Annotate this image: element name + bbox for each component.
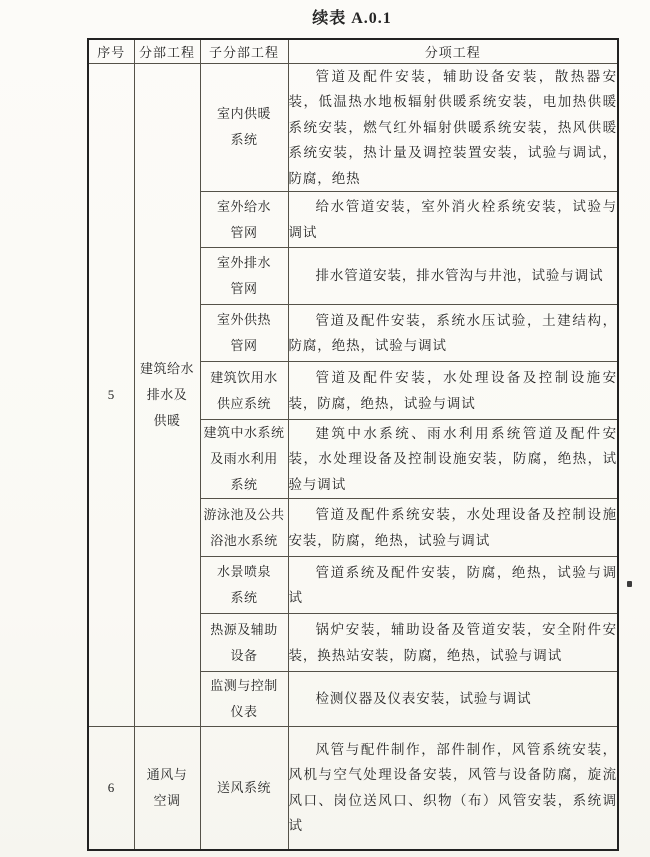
continuation-table: 序号 分部工程 子分部工程 分项工程 5建筑给水 排水及 供暖室内供暖 系统管道…: [87, 38, 619, 851]
header-division: 分部工程: [134, 39, 200, 63]
cell-subdivision: 水景喷泉 系统: [200, 557, 288, 614]
cell-items: 管道及配件系统安装，水处理设备及控制设施安装，防腐，绝热，试验与调试: [288, 499, 618, 557]
table-header: 序号 分部工程 子分部工程 分项工程: [88, 39, 618, 63]
items-text: 管道及配件安装，水处理设备及控制设施安装，防腐，绝热，试验与调试: [289, 365, 618, 416]
cell-subdivision: 建筑饮用水 供应系统: [200, 362, 288, 420]
items-text: 管道及配件安装，系统水压试验，土建结构，防腐，绝热，试验与调试: [289, 308, 618, 359]
items-text: 管道系统及配件安装，防腐，绝热，试验与调试: [289, 560, 618, 611]
items-text: 锅炉安装，辅助设备及管道安装，安全附件安装，换热站安装，防腐，绝热，试验与调试: [289, 617, 618, 668]
cell-items: 管道及配件安装，系统水压试验，土建结构，防腐，绝热，试验与调试: [288, 305, 618, 362]
items-text: 排水管道安装，排水管沟与井池，试验与调试: [289, 263, 618, 289]
cell-subdivision: 送风系统: [200, 727, 288, 850]
items-text: 建筑中水系统、雨水利用系统管道及配件安装，水处理设备及控制设施安装，防腐，绝热，…: [289, 421, 618, 498]
cell-subdivision: 室内供暖 系统: [200, 63, 288, 192]
cell-serial-no: 5: [88, 63, 134, 727]
items-text: 检测仪器及仪表安装，试验与调试: [289, 686, 618, 712]
cell-items: 锅炉安装，辅助设备及管道安装，安全附件安装，换热站安装，防腐，绝热，试验与调试: [288, 614, 618, 672]
table-title: 续表 A.0.1: [87, 5, 617, 28]
header-row: 序号 分部工程 子分部工程 分项工程: [88, 39, 618, 63]
cell-subdivision: 热源及辅助 设备: [200, 614, 288, 672]
cell-subdivision: 建筑中水系统 及雨水利用 系统: [200, 420, 288, 499]
cell-division: 通风与 空调: [134, 727, 200, 850]
cell-items: 排水管道安装，排水管沟与井池，试验与调试: [288, 248, 618, 305]
cell-serial-no: 6: [88, 727, 134, 850]
cell-items: 风管与配件制作，部件制作，风管系统安装，风机与空气处理设备安装，风管与设备防腐，…: [288, 727, 618, 850]
cell-subdivision: 室外供热 管网: [200, 305, 288, 362]
table-body: 5建筑给水 排水及 供暖室内供暖 系统管道及配件安装，辅助设备安装，散热器安装，…: [88, 63, 618, 850]
table-row: 5建筑给水 排水及 供暖室内供暖 系统管道及配件安装，辅助设备安装，散热器安装，…: [88, 63, 618, 192]
cell-items: 检测仪器及仪表安装，试验与调试: [288, 672, 618, 727]
cell-items: 建筑中水系统、雨水利用系统管道及配件安装，水处理设备及控制设施安装，防腐，绝热，…: [288, 420, 618, 499]
header-subdivision: 子分部工程: [200, 39, 288, 63]
table-row: 6通风与 空调送风系统风管与配件制作，部件制作，风管系统安装，风机与空气处理设备…: [88, 727, 618, 850]
cell-items: 管道系统及配件安装，防腐，绝热，试验与调试: [288, 557, 618, 614]
cell-subdivision: 游泳池及公共 浴池水系统: [200, 499, 288, 557]
items-text: 风管与配件制作，部件制作，风管系统安装，风机与空气处理设备安装，风管与设备防腐，…: [289, 737, 618, 839]
items-text: 给水管道安装，室外消火栓系统安装，试验与调试: [289, 194, 618, 245]
items-text: 管道及配件系统安装，水处理设备及控制设施安装，防腐，绝热，试验与调试: [289, 502, 618, 553]
items-text: 管道及配件安装，辅助设备安装，散热器安装，低温热水地板辐射供暖系统安装，电加热供…: [289, 64, 618, 192]
cell-division: 建筑给水 排水及 供暖: [134, 63, 200, 727]
cell-items: 给水管道安装，室外消火栓系统安装，试验与调试: [288, 192, 618, 248]
cell-items: 管道及配件安装，辅助设备安装，散热器安装，低温热水地板辐射供暖系统安装，电加热供…: [288, 63, 618, 192]
scan-stray-mark: [627, 581, 632, 587]
cell-subdivision: 监测与控制 仪表: [200, 672, 288, 727]
cell-subdivision: 室外给水 管网: [200, 192, 288, 248]
header-serial-no: 序号: [88, 39, 134, 63]
document-page: 续表 A.0.1 序号 分部工程 子分部工程 分项工程 5建筑给水 排水及 供暖…: [0, 0, 650, 857]
cell-subdivision: 室外排水 管网: [200, 248, 288, 305]
header-item-works: 分项工程: [288, 39, 618, 63]
cell-items: 管道及配件安装，水处理设备及控制设施安装，防腐，绝热，试验与调试: [288, 362, 618, 420]
